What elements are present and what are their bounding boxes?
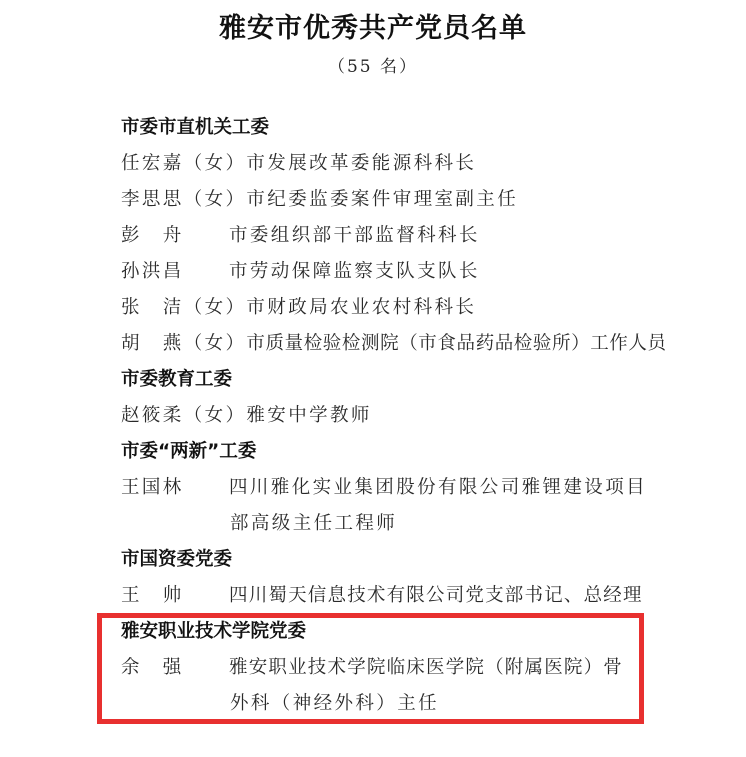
member-name: 彭 舟 <box>121 218 229 254</box>
member-name: 王国林 <box>121 470 229 506</box>
member-row: 李思思（女） 市纪委监委案件审理室副主任 <box>121 182 651 218</box>
member-position: 雅安中学教师 <box>246 398 651 434</box>
member-name: 王 帅 <box>121 578 229 614</box>
member-row: 王国林 四川雅化实业集团股份有限公司雅锂建设项目 <box>121 470 651 506</box>
group-heading: 市委教育工委 <box>121 362 651 398</box>
member-name: 李思思（女） <box>121 182 246 218</box>
member-row: 任宏嘉（女） 市发展改革委能源科科长 <box>121 146 651 182</box>
member-position: 四川蜀天信息技术有限公司党支部书记、总经理 <box>229 578 651 614</box>
member-row: 彭 舟 市委组织部干部监督科科长 <box>121 218 651 254</box>
member-position: 市劳动保障监察支队支队长 <box>229 254 651 290</box>
document-title: 雅安市优秀共产党员名单 <box>0 6 746 45</box>
member-row: 胡 燕（女） 市质量检验检测院（市食品药品检验所）工作人员 <box>121 326 651 362</box>
member-row: 王 帅 四川蜀天信息技术有限公司党支部书记、总经理 <box>121 578 651 614</box>
group-heading: 市委市直机关工委 <box>121 110 651 146</box>
member-position: 市委组织部干部监督科科长 <box>229 218 651 254</box>
group-heading: 市委“两新”工委 <box>121 434 651 470</box>
member-position: 市质量检验检测院（市食品药品检验所）工作人员 <box>246 326 666 362</box>
member-name: 胡 燕（女） <box>121 326 246 362</box>
member-position: 市发展改革委能源科科长 <box>246 146 651 182</box>
member-name: 张 洁（女） <box>121 290 246 326</box>
member-row: 张 洁（女） 市财政局农业农村科科长 <box>121 290 651 326</box>
member-position-continuation: 部高级主任工程师 <box>121 506 651 542</box>
group-heading: 市国资委党委 <box>121 542 651 578</box>
member-name: 赵筱柔（女） <box>121 398 246 434</box>
member-row: 孙洪昌 市劳动保障监察支队支队长 <box>121 254 651 290</box>
member-count-note: （55 名） <box>0 52 746 77</box>
member-name: 孙洪昌 <box>121 254 229 290</box>
member-position: 市纪委监委案件审理室副主任 <box>246 182 651 218</box>
member-row: 赵筱柔（女） 雅安中学教师 <box>121 398 651 434</box>
member-position: 市财政局农业农村科科长 <box>246 290 651 326</box>
member-name: 任宏嘉（女） <box>121 146 246 182</box>
member-position: 四川雅化实业集团股份有限公司雅锂建设项目 <box>229 470 651 506</box>
highlight-annotation-box <box>97 613 644 724</box>
